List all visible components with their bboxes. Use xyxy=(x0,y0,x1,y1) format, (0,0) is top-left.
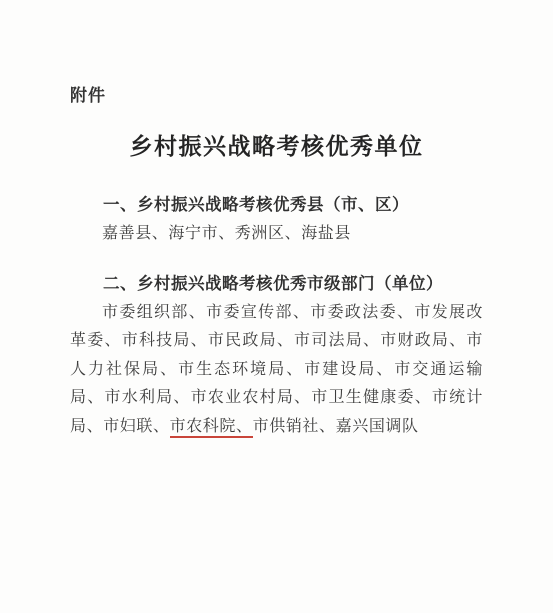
attachment-label: 附件 xyxy=(70,0,553,107)
section-departments: 二、乡村振兴战略考核优秀市级部门（单位） 市委组织部、市委宣传部、市委政法委、市… xyxy=(70,270,483,441)
section-2-body-after: 市供销社、嘉兴国调队 xyxy=(253,418,419,435)
section-2-body: 市委组织部、市委宣传部、市委政法委、市发展改革委、市科技局、市民政局、市司法局、… xyxy=(70,299,483,442)
underlined-text: 市农科院、 xyxy=(170,418,253,438)
section-1-body: 嘉善县、海宁市、秀洲区、海盐县 xyxy=(70,220,483,249)
section-2-body-before: 市委组织部、市委宣传部、市委政法委、市发展改革委、市科技局、市民政局、市司法局、… xyxy=(70,304,483,435)
section-1-heading: 一、乡村振兴战略考核优秀县（市、区） xyxy=(70,191,483,220)
page-title: 乡村振兴战略考核优秀单位 xyxy=(0,133,553,161)
section-counties: 一、乡村振兴战略考核优秀县（市、区） 嘉善县、海宁市、秀洲区、海盐县 xyxy=(70,191,483,248)
document-page: 附件 乡村振兴战略考核优秀单位 一、乡村振兴战略考核优秀县（市、区） 嘉善县、海… xyxy=(0,0,553,613)
section-2-heading: 二、乡村振兴战略考核优秀市级部门（单位） xyxy=(70,270,483,299)
